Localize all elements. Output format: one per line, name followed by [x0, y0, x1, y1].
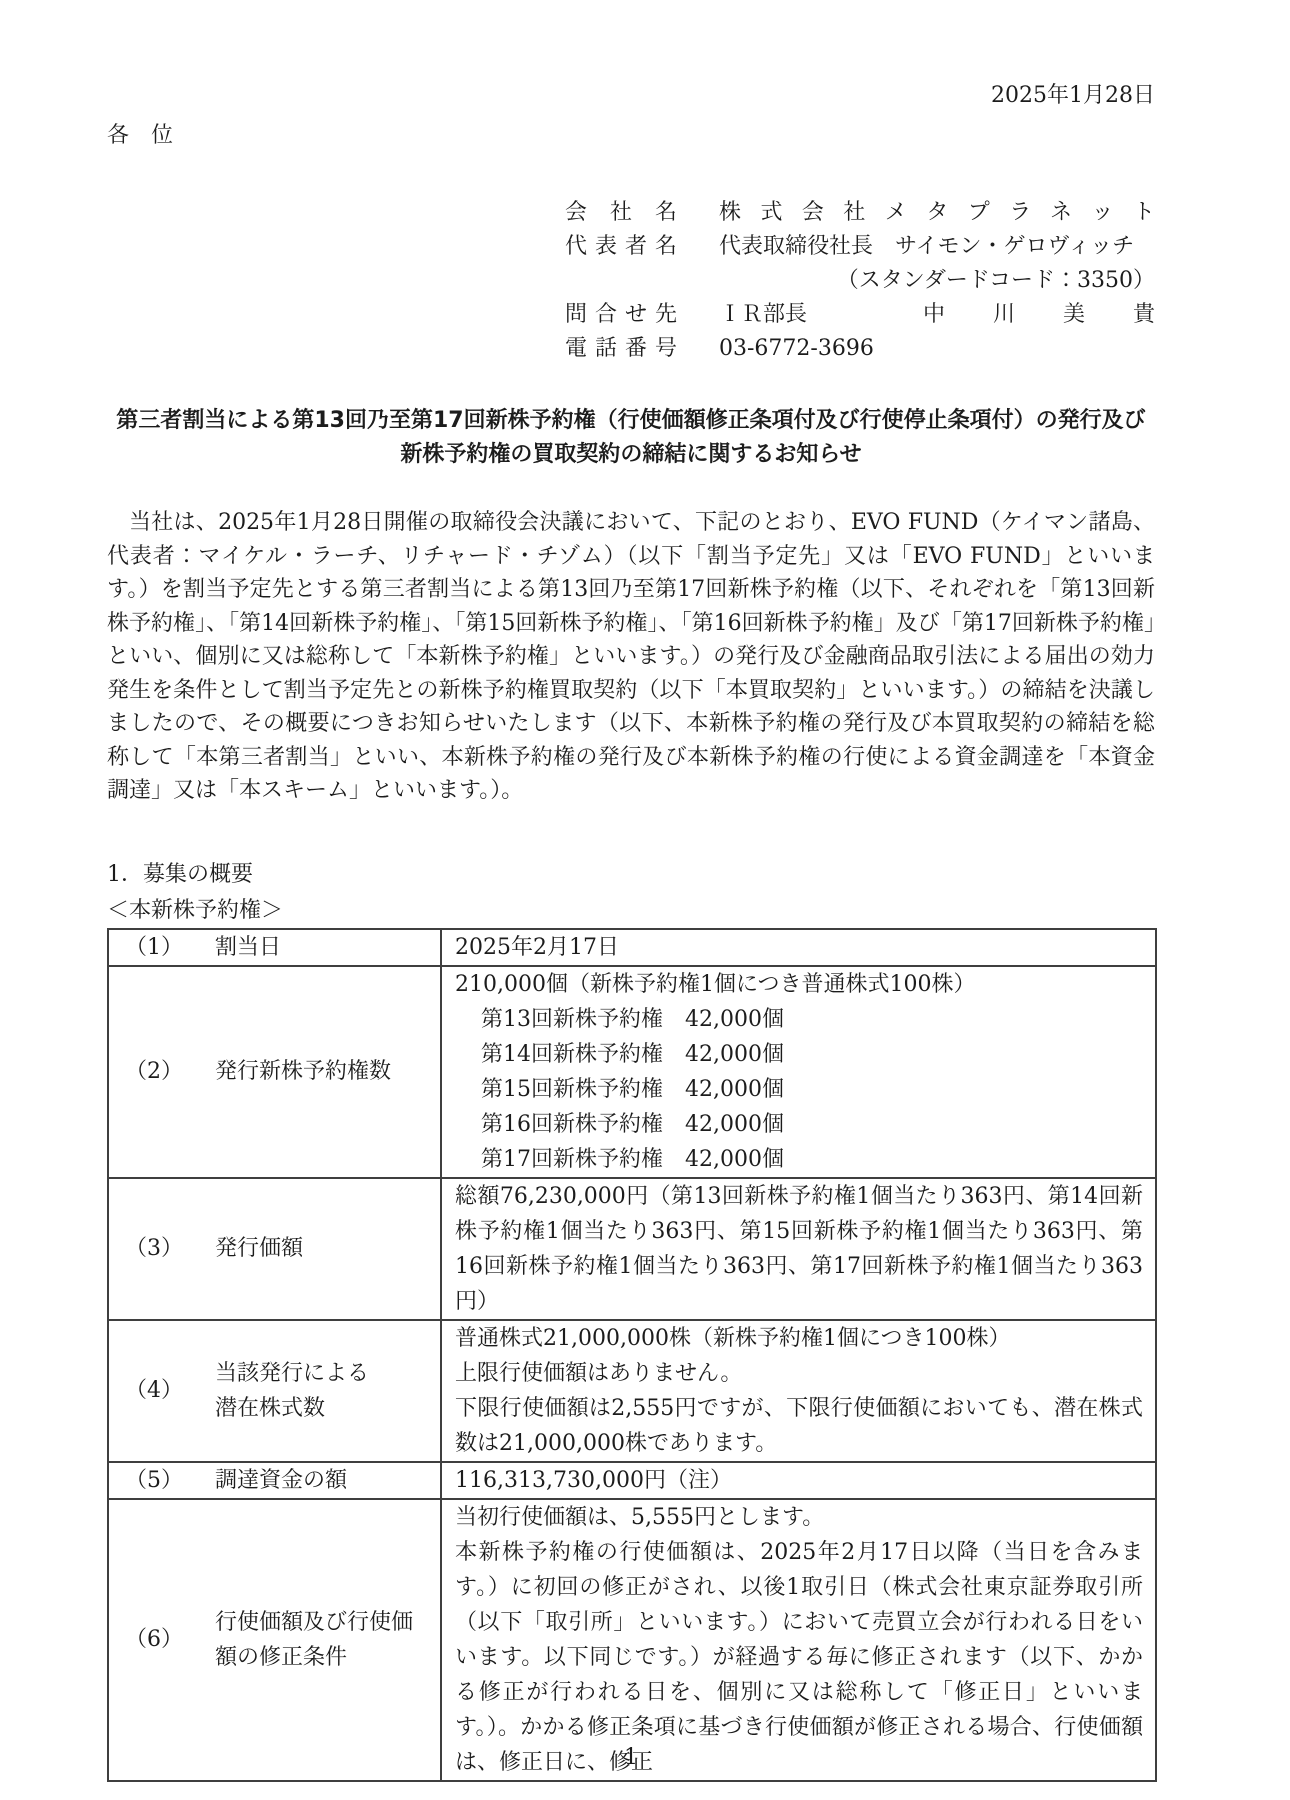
row-item-inner: （5）調達資金の額 — [109, 1463, 440, 1498]
summary-table-body: （1）割当日2025年2月17日（2）発行新株予約権数210,000個（新株予約… — [108, 929, 1156, 1781]
document-content: 2025年1月28日 各 位 会社名 株式会社メタプラネット 代表者名 代表取締… — [107, 0, 1155, 1782]
document-title-line1: 第三者割当による第13回乃至第17回新株予約権（行使価額修正条項付及び行使停止条… — [107, 404, 1155, 438]
row-item-cell: （5）調達資金の額 — [108, 1462, 441, 1499]
section-heading: 1．募集の概要 — [107, 858, 1155, 892]
contact-row: 問合せ先 ＩＲ部長 中川美貴 — [565, 298, 1155, 332]
row-number: （6） — [125, 1622, 215, 1657]
row-label-line: 発行新株予約権数 — [215, 1054, 440, 1089]
summary-table-row: （1）割当日2025年2月17日 — [108, 929, 1156, 966]
row-number: （1） — [125, 930, 215, 965]
summary-table-row: （4）当該発行による潜在株式数普通株式21,000,000株（新株予約権1個につ… — [108, 1320, 1156, 1462]
row-value-cell: 116,313,730,000円（注） — [441, 1462, 1156, 1499]
phone-label: 電話番号 — [565, 332, 677, 366]
row-label-line: 潜在株式数 — [215, 1391, 440, 1426]
row-label-line: 発行価額 — [215, 1231, 440, 1266]
representative-value: 代表取締役社長 サイモン・ゲロヴィッチ — [719, 230, 1155, 264]
phone-number: 03-6772-3696 — [719, 332, 1155, 366]
row-number: （4） — [125, 1373, 215, 1408]
representative-row: 代表者名 代表取締役社長 サイモン・ゲロヴィッチ — [565, 230, 1155, 264]
row-label-line: 当該発行による — [215, 1356, 440, 1391]
row-value-line: 総額76,230,000円（第13回新株予約権1個当たり363円、第14回新株予… — [455, 1179, 1143, 1319]
row-number: （5） — [125, 1463, 215, 1498]
row-label: 行使価額及び行使価額の修正条件 — [215, 1605, 440, 1675]
document-date: 2025年1月28日 — [107, 0, 1155, 110]
row-value-line: 本新株予約権の行使価額は、2025年2月17日以降（当日を含みます。）に初回の修… — [455, 1535, 1143, 1780]
row-label-line: 行使価額及び行使価 — [215, 1605, 440, 1640]
row-value-line: 上限行使価額はありません。 — [455, 1356, 1143, 1391]
row-item-inner: （3）発行価額 — [109, 1231, 440, 1266]
document-page: 2025年1月28日 各 位 会社名 株式会社メタプラネット 代表者名 代表取締… — [0, 0, 1290, 1800]
representative-label: 代表者名 — [565, 230, 677, 264]
row-value-line: 第14回新株予約権 42,000個 — [455, 1037, 1143, 1072]
row-label: 調達資金の額 — [215, 1463, 440, 1498]
row-label: 当該発行による潜在株式数 — [215, 1356, 440, 1426]
phone-row: 電話番号 03-6772-3696 — [565, 332, 1155, 366]
summary-table-row: （6）行使価額及び行使価額の修正条件当初行使価額は、5,555円とします。本新株… — [108, 1499, 1156, 1781]
page-number: 1 — [107, 1744, 1155, 1772]
row-value-cell: 2025年2月17日 — [441, 929, 1156, 966]
row-value-line: 第13回新株予約権 42,000個 — [455, 1002, 1143, 1037]
row-label: 発行新株予約権数 — [215, 1054, 440, 1089]
row-value-line: 普通株式21,000,000株（新株予約権1個につき100株） — [455, 1321, 1143, 1356]
row-item-inner: （4）当該発行による潜在株式数 — [109, 1356, 440, 1426]
summary-table-row: （2）発行新株予約権数210,000個（新株予約権1個につき普通株式100株）第… — [108, 966, 1156, 1178]
contact-label: 問合せ先 — [565, 298, 677, 332]
row-label: 発行価額 — [215, 1231, 440, 1266]
row-value-cell: 普通株式21,000,000株（新株予約権1個につき100株）上限行使価額はあり… — [441, 1320, 1156, 1462]
row-value-line: 2025年2月17日 — [455, 930, 1143, 965]
row-item-cell: （1）割当日 — [108, 929, 441, 966]
row-item-inner: （2）発行新株予約権数 — [109, 1054, 440, 1089]
summary-table-row: （5）調達資金の額116,313,730,000円（注） — [108, 1462, 1156, 1499]
contact-value: ＩＲ部長 中川美貴 — [719, 298, 1155, 332]
company-info-block: 会社名 株式会社メタプラネット 代表者名 代表取締役社長 サイモン・ゲロヴィッチ… — [565, 196, 1155, 366]
row-label-line: 調達資金の額 — [215, 1463, 440, 1498]
row-label-line: 割当日 — [215, 930, 440, 965]
company-name-row: 会社名 株式会社メタプラネット — [565, 196, 1155, 230]
contact-department: ＩＲ部長 — [719, 298, 807, 332]
company-name-value: 株式会社メタプラネット — [719, 196, 1155, 230]
row-item-inner: （1）割当日 — [109, 930, 440, 965]
row-value-cell: 210,000個（新株予約権1個につき普通株式100株）第13回新株予約権 42… — [441, 966, 1156, 1178]
row-number: （3） — [125, 1231, 215, 1266]
row-item-cell: （3）発行価額 — [108, 1178, 441, 1320]
row-number: （2） — [125, 1054, 215, 1089]
row-value-line: 第17回新株予約権 42,000個 — [455, 1142, 1143, 1177]
row-value-line: 第15回新株予約権 42,000個 — [455, 1072, 1143, 1107]
listing-code-row: （スタンダードコード：3350） — [565, 264, 1155, 298]
row-item-cell: （4）当該発行による潜在株式数 — [108, 1320, 441, 1462]
listing-code-note: （スタンダードコード：3350） — [719, 264, 1155, 298]
row-label-line: 額の修正条件 — [215, 1640, 440, 1675]
listing-code-label-spacer — [565, 264, 677, 298]
body-paragraph: 当社は、2025年1月28日開催の取締役会決議において、下記のとおり、EVO F… — [107, 506, 1155, 808]
row-item-cell: （2）発行新株予約権数 — [108, 966, 441, 1178]
row-value-line: 当初行使価額は、5,555円とします。 — [455, 1500, 1143, 1535]
contact-person: 中川美貴 — [923, 298, 1155, 332]
row-value-line: 116,313,730,000円（注） — [455, 1463, 1143, 1498]
row-value-cell: 総額76,230,000円（第13回新株予約権1個当たり363円、第14回新株予… — [441, 1178, 1156, 1320]
company-name-label: 会社名 — [565, 196, 677, 230]
salutation: 各 位 — [107, 122, 1155, 150]
section-subheading: ＜本新株予約権＞ — [107, 894, 1155, 928]
row-value-line: 210,000個（新株予約権1個につき普通株式100株） — [455, 967, 1143, 1002]
row-value-line: 第16回新株予約権 42,000個 — [455, 1107, 1143, 1142]
document-title: 第三者割当による第13回乃至第17回新株予約権（行使価額修正条項付及び行使停止条… — [107, 404, 1155, 472]
row-item-cell: （6）行使価額及び行使価額の修正条件 — [108, 1499, 441, 1781]
row-label: 割当日 — [215, 930, 440, 965]
row-item-inner: （6）行使価額及び行使価額の修正条件 — [109, 1605, 440, 1675]
row-value-cell: 当初行使価額は、5,555円とします。本新株予約権の行使価額は、2025年2月1… — [441, 1499, 1156, 1781]
row-value-line: 下限行使価額は2,555円ですが、下限行使価額においても、潜在株式数は21,00… — [455, 1391, 1143, 1461]
document-title-line2: 新株予約権の買取契約の締結に関するお知らせ — [107, 438, 1155, 472]
summary-table-row: （3）発行価額総額76,230,000円（第13回新株予約権1個当たり363円、… — [108, 1178, 1156, 1320]
offering-summary-table: （1）割当日2025年2月17日（2）発行新株予約権数210,000個（新株予約… — [107, 928, 1157, 1782]
